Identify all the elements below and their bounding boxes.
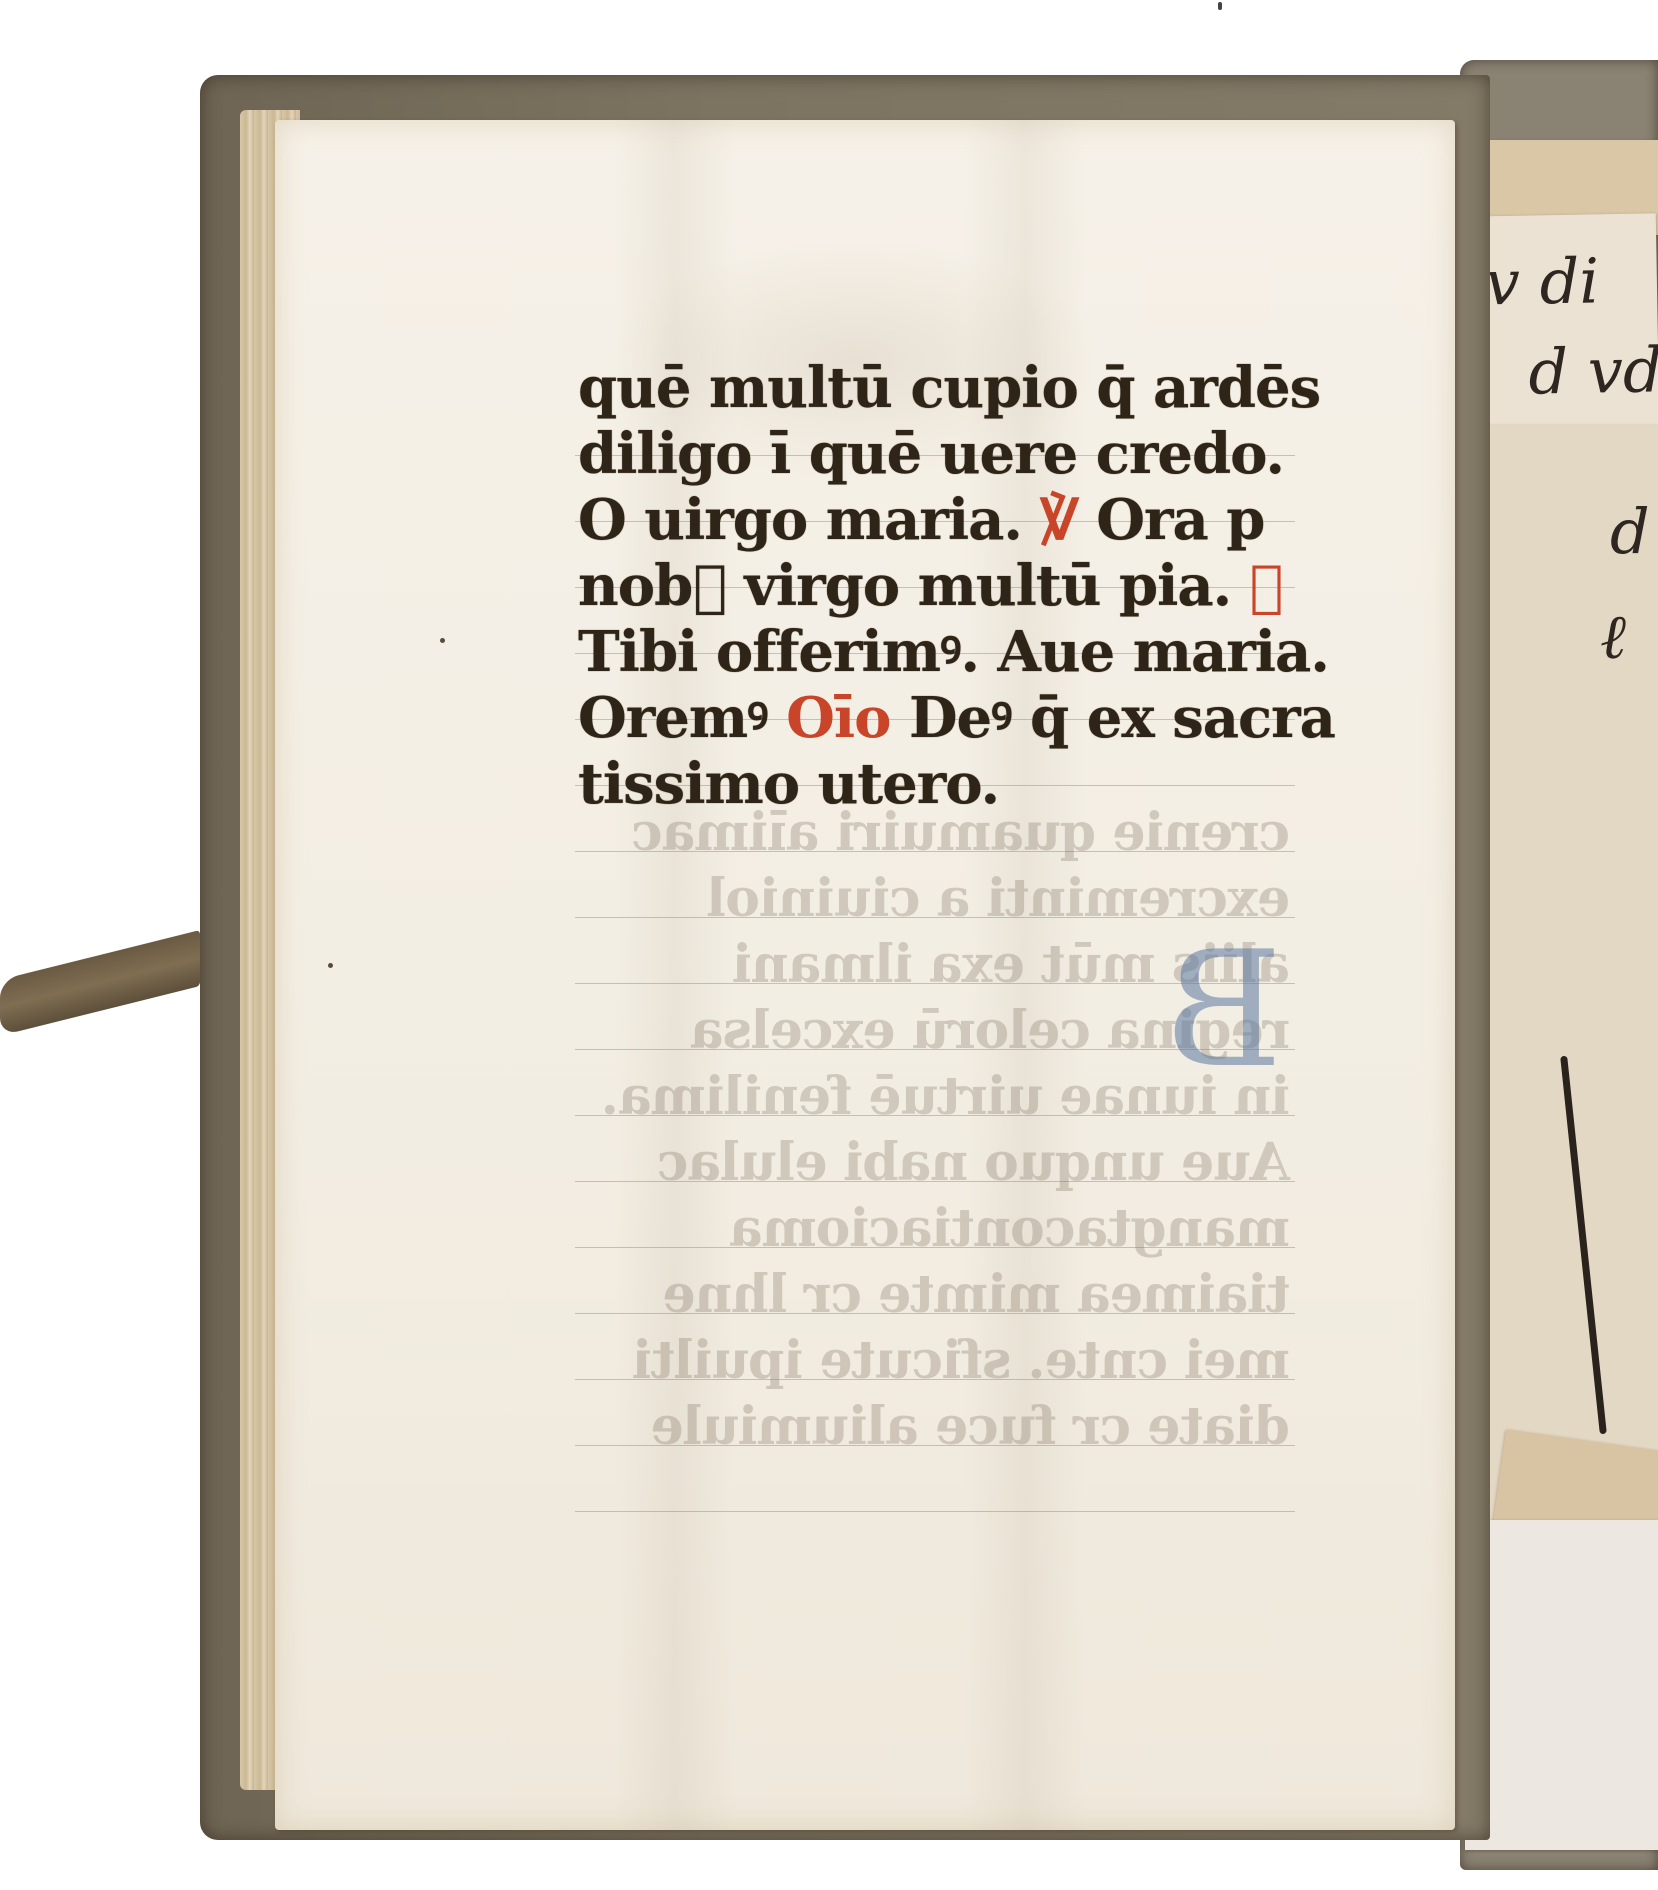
- margin-dot: [328, 963, 333, 968]
- text-line-4: nob᷑ virgo multū pia. ℟: [578, 553, 1348, 619]
- text-line-5: Tibi offerimꝰ. Aue maria.: [578, 619, 1348, 685]
- ink-stroke: [1560, 1056, 1607, 1435]
- response-mark: ℟: [1250, 553, 1283, 619]
- ghost-line: mei cnte. sficute ipuilti: [560, 1328, 1290, 1394]
- handwriting-1: v di: [1484, 244, 1600, 319]
- text-line-7: tissimo utero.: [578, 751, 1348, 817]
- ghost-line: Aue unquo nabi elulac: [560, 1130, 1290, 1196]
- leather-tie: [0, 930, 200, 1036]
- stray-mark: [1218, 2, 1222, 10]
- handwriting-3: d: [1610, 495, 1650, 568]
- margin-dot: [440, 638, 445, 643]
- handwriting-2: d vd: [1528, 333, 1658, 408]
- versicle-mark: ℣: [1040, 487, 1096, 553]
- text-line-3: O uirgo maria. ℣ Ora p: [578, 487, 1348, 553]
- text-line-1: quē multū cupio q̄ ardēs: [578, 355, 1348, 421]
- ghost-line: diate cr fuce aliumiule: [560, 1394, 1290, 1460]
- handwriting-4: ℓ: [1600, 600, 1626, 674]
- text-line-6: Oremꝰ Oīo Deꝰ q̄ ex sacra: [578, 685, 1348, 751]
- rubric-oratio: Oīo: [786, 685, 890, 751]
- show-through-text: crenie quamuiri aīimac excreminti a ciui…: [560, 800, 1290, 1460]
- text-line-2: diligo ī quē uere credo.: [578, 421, 1348, 487]
- ghost-line: tiaimea mimte cr lhne: [560, 1262, 1290, 1328]
- manuscript-text: quē multū cupio q̄ ardēs diligo ī quē ue…: [578, 355, 1348, 817]
- ghost-line: mangtacontiacioma: [560, 1196, 1290, 1262]
- blue-initial-show-through: B: [1165, 930, 1283, 1090]
- folded-note-5: [1465, 1520, 1658, 1850]
